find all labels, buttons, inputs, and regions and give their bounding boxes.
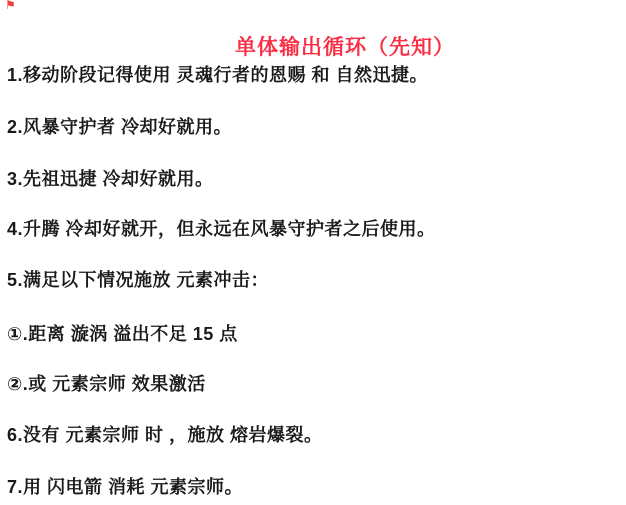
document-page: ⚑ 单体输出循环（先知） 1.移动阶段记得使用 灵魂行者的恩赐 和 自然迅捷。 …: [0, 0, 626, 505]
instruction-subline-circle2: ②.或 元素宗师 效果激活: [7, 373, 206, 395]
instruction-line-3: 3.先祖迅捷 冷却好就用。: [7, 168, 214, 190]
red-flag-icon: ⚑: [5, 0, 16, 12]
instruction-line-6: 6.没有 元素宗师 时 ，施放 熔岩爆裂。: [7, 424, 323, 446]
page-title: 单体输出循环（先知）: [235, 31, 455, 61]
instruction-subline-circle1: ①.距离 漩涡 溢出不足 15 点: [7, 323, 238, 345]
instruction-line-1: 1.移动阶段记得使用 灵魂行者的恩赐 和 自然迅捷。: [7, 64, 428, 86]
instruction-line-4: 4.升腾 冷却好就开，但永远在风暴守护者之后使用。: [7, 218, 436, 240]
instruction-line-7: 7.用 闪电箭 消耗 元素宗师。: [7, 476, 243, 498]
instruction-line-5: 5.满足以下情况施放 元素冲击：: [7, 269, 269, 291]
instruction-line-2: 2.风暴守护者 冷却好就用。: [7, 116, 232, 138]
